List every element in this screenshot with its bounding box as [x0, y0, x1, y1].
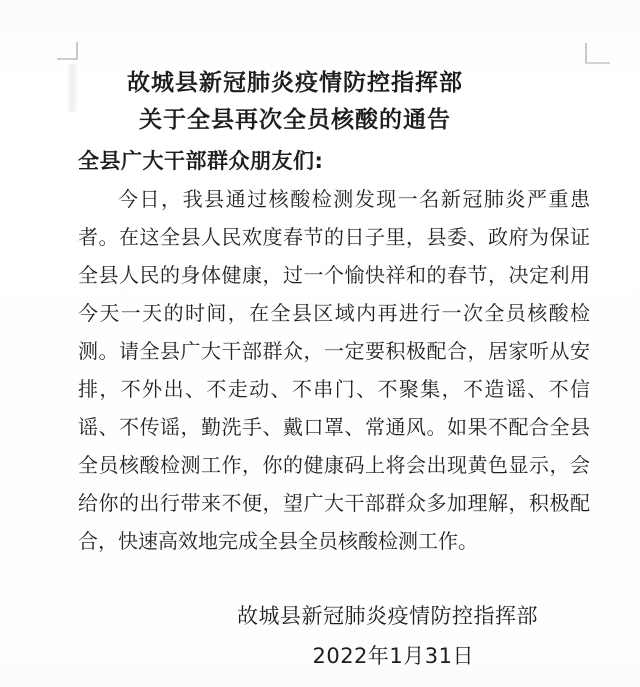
body-line: 给你的出行带来不便，望广大干部群众多加理解，积极配: [78, 484, 590, 522]
body-line: 今天一天的时间，在全县区域内再进行一次全员核酸检: [78, 294, 590, 332]
body-line: 合，快速高效地完成全县全员核酸检测工作。: [78, 522, 590, 560]
page-margin-corner-mark-top-right: [585, 43, 610, 64]
notice-body: 今日，我县通过核酸检测发现一名新冠肺炎严重患 者。在这全县人民欢度春节的日子里，…: [78, 180, 590, 560]
notice-signature: 故城县新冠肺炎疫情防控指挥部: [237, 603, 538, 629]
body-line: 者。在这全县人民欢度春节的日子里，县委、政府为保证: [78, 218, 590, 256]
body-line: 测。请全县广大干部群众，一定要积极配合，居家听从安: [78, 332, 590, 370]
notice-date: 2022年1月31日: [312, 643, 474, 669]
notice-title-line2: 关于全县再次全员核酸的通告: [0, 102, 590, 139]
body-line: 全员核酸检测工作，你的健康码上将会出现黄色显示，会: [78, 446, 590, 484]
body-line: 今日，我县通过核酸检测发现一名新冠肺炎严重患: [78, 180, 590, 218]
body-line: 谣、不传谣，勤洗手、戴口罩、常通风。如果不配合全县: [78, 408, 590, 446]
body-line: 全县人民的身体健康，过一个愉快祥和的春节，决定利用: [78, 256, 590, 294]
body-line: 排，不外出、不走动、不串门、不聚集，不造谣、不信: [78, 370, 590, 408]
notice-title-block: 故城县新冠肺炎疫情防控指挥部 关于全县再次全员核酸的通告: [0, 65, 590, 139]
page-margin-corner-mark-top-left: [57, 42, 78, 60]
notice-page: 故城县新冠肺炎疫情防控指挥部 关于全县再次全员核酸的通告 全县广大干部群众朋友们…: [0, 0, 640, 687]
notice-title-line1: 故城县新冠肺炎疫情防控指挥部: [0, 65, 590, 102]
notice-salutation: 全县广大干部群众朋友们:: [78, 145, 323, 175]
